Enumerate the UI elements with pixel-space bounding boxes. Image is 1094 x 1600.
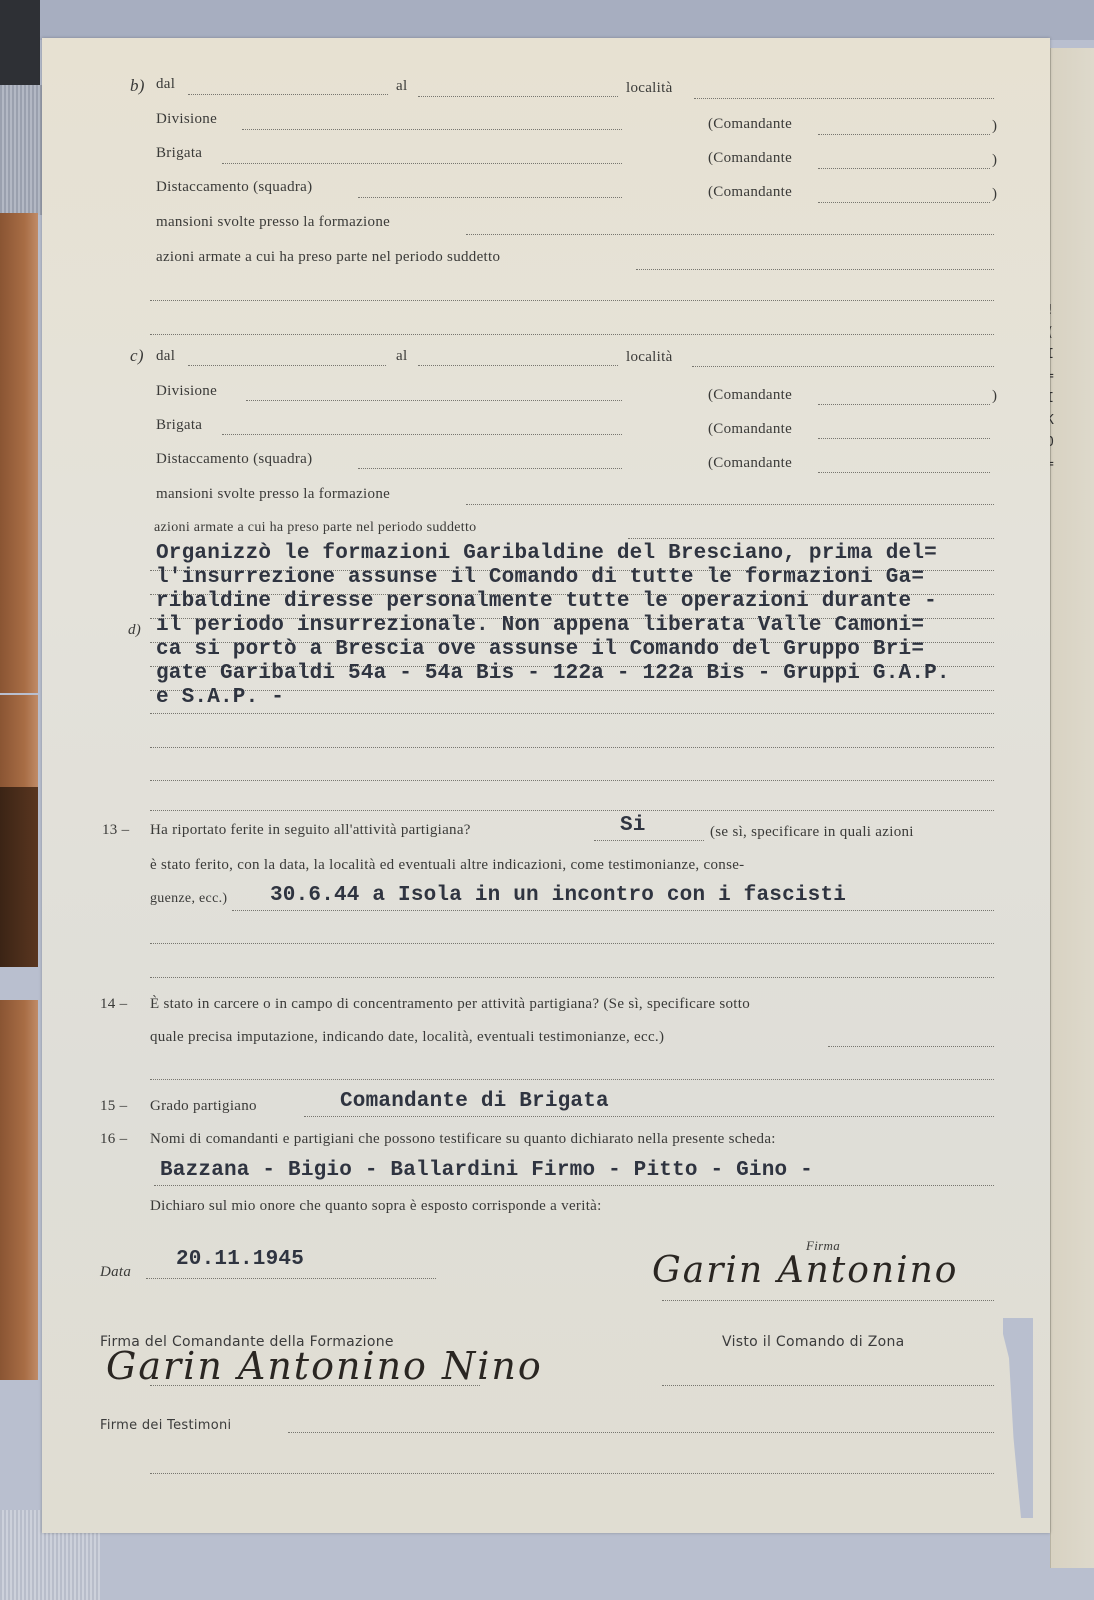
- section-b-localita-label: località: [626, 80, 673, 97]
- section-b-brigata-label: Brigata: [156, 145, 202, 162]
- section-b-brigata-field[interactable]: [222, 163, 622, 164]
- section-b-divisione-field[interactable]: [242, 129, 622, 130]
- date-field[interactable]: [146, 1278, 436, 1279]
- section-b-azioni-field[interactable]: [636, 269, 994, 270]
- section-c-azioni-label: azioni armate a cui ha preso parte nel p…: [154, 520, 476, 536]
- section-c-divisione-comandante-label: (Comandante: [708, 387, 792, 404]
- section-c-dal-field[interactable]: [188, 365, 386, 366]
- section-b-distaccamento-field[interactable]: [358, 197, 622, 198]
- section-c-al-label: al: [396, 348, 407, 365]
- close-paren: ): [992, 388, 997, 405]
- section-b-dal-field[interactable]: [188, 94, 388, 95]
- wooden-support: [0, 695, 38, 787]
- section-c-brigata-comandante-field[interactable]: [818, 438, 990, 439]
- section-c-brigata-label: Brigata: [156, 417, 202, 434]
- close-paren: ): [992, 186, 997, 203]
- section-b-azioni-label: azioni armate a cui ha preso parte nel p…: [156, 249, 500, 266]
- section-b-distaccamento-label: Distaccamento (squadra): [156, 179, 312, 196]
- section-c-mansioni-label: mansioni svolte presso la formazione: [156, 486, 390, 503]
- section-c-divisione-field[interactable]: [246, 400, 622, 401]
- q16-answer-field[interactable]: [154, 1185, 994, 1186]
- typed-line: l'insurrezione assunse il Comando di tut…: [156, 566, 924, 589]
- q14-question: È stato in carcere o in campo di concent…: [150, 996, 750, 1013]
- section-c-divisione-label: Divisione: [156, 383, 217, 400]
- q13-number: 13 –: [102, 822, 129, 839]
- signature-handwritten: Garin Antonino: [652, 1250, 958, 1291]
- section-b-dal-label: dal: [156, 76, 175, 93]
- wooden-support: [0, 213, 38, 693]
- q16-answer: Bazzana - Bigio - Ballardini Firmo - Pit…: [160, 1159, 813, 1182]
- wooden-support: [0, 1000, 38, 1380]
- q13-extra-line[interactable]: [150, 943, 994, 944]
- adjacent-page: [1050, 48, 1094, 1568]
- q13-answer: Si: [620, 814, 646, 837]
- section-c-azioni-field[interactable]: [628, 538, 994, 539]
- section-b-brigata-comandante-label: (Comandante: [708, 150, 792, 167]
- q13-detail: 30.6.44 a Isola in un incontro con i fas…: [270, 884, 846, 907]
- wooden-support-dark: [0, 877, 38, 967]
- q14-question: quale precisa imputazione, indicando dat…: [150, 1029, 664, 1046]
- close-paren: ): [992, 118, 997, 135]
- section-c-divisione-comandante-field[interactable]: [818, 404, 990, 405]
- section-c-localita-label: località: [626, 349, 673, 366]
- q13-question: Ha riportato ferite in seguito all'attiv…: [150, 822, 471, 839]
- section-c-distaccamento-field[interactable]: [358, 468, 622, 469]
- section-b-distaccamento-comandante-field[interactable]: [818, 202, 990, 203]
- zone-command-label: Visto il Comando di Zona: [722, 1334, 905, 1350]
- section-c-al-field[interactable]: [418, 365, 618, 366]
- typed-line: Organizzò le formazioni Garibaldine del …: [156, 542, 937, 565]
- section-b-divisione-comandante-field[interactable]: [818, 134, 990, 135]
- zone-command-field[interactable]: [662, 1385, 994, 1386]
- q13-note: (se sì, specificare in quali azioni: [710, 824, 914, 841]
- section-b-brigata-comandante-field[interactable]: [818, 168, 990, 169]
- q15-number: 15 –: [100, 1098, 127, 1115]
- ruled-line: [150, 713, 994, 714]
- q14-answer-field[interactable]: [828, 1046, 994, 1047]
- typed-line: ca si portò a Brescia ove assunse il Com…: [156, 638, 924, 661]
- signature-field[interactable]: [662, 1300, 994, 1301]
- q13-note: guenze, ecc.): [150, 891, 227, 907]
- witnesses-label: Firme dei Testimoni: [100, 1418, 231, 1433]
- ruled-line: [150, 810, 994, 811]
- backdrop-top: [0, 0, 1094, 40]
- date-value: 20.11.1945: [176, 1248, 304, 1271]
- section-c-brigata-comandante-label: (Comandante: [708, 421, 792, 438]
- section-b-al-label: al: [396, 78, 407, 95]
- section-c-localita-field[interactable]: [692, 366, 994, 367]
- q14-number: 14 –: [100, 996, 127, 1013]
- q16-label: Nomi di comandanti e partigiani che poss…: [150, 1131, 776, 1148]
- typed-line: ribaldine diresse personalmente tutte le…: [156, 590, 937, 613]
- section-c-mansioni-field[interactable]: [466, 504, 994, 505]
- section-b-divisione-label: Divisione: [156, 111, 217, 128]
- section-c-brigata-field[interactable]: [222, 434, 622, 435]
- binding-ribbon: [0, 85, 42, 215]
- section-b-marker: b): [130, 76, 145, 96]
- section-c-distaccamento-comandante-label: (Comandante: [708, 455, 792, 472]
- section-b-azioni-line[interactable]: [150, 334, 994, 335]
- form-page: b) dal al località Divisione (Comandante…: [42, 38, 1050, 1533]
- section-b-azioni-line[interactable]: [150, 300, 994, 301]
- backdrop-dark-corner: [0, 0, 40, 90]
- q13-answer-field[interactable]: [594, 840, 704, 841]
- declaration-text: Dichiaro sul mio onore che quanto sopra …: [150, 1198, 602, 1215]
- ruled-line: [150, 977, 994, 978]
- q16-number: 16 –: [100, 1131, 127, 1148]
- wooden-support-dark: [0, 787, 38, 877]
- q15-answer: Comandante di Brigata: [340, 1090, 609, 1113]
- ruled-line: [150, 780, 994, 781]
- q15-answer-field[interactable]: [304, 1116, 994, 1117]
- witnesses-field[interactable]: [288, 1432, 994, 1433]
- section-b-distaccamento-comandante-label: (Comandante: [708, 184, 792, 201]
- date-label: Data: [100, 1264, 131, 1281]
- section-b-localita-field[interactable]: [694, 98, 994, 99]
- q13-note: è stato ferito, con la data, la località…: [150, 857, 744, 874]
- witnesses-line[interactable]: [150, 1473, 994, 1474]
- commander-signature-handwritten: Garin Antonino Nino: [106, 1344, 543, 1388]
- typed-line: il periodo insurrezionale. Non appena li…: [156, 614, 924, 637]
- typed-line: gate Garibaldi 54a - 54a Bis - 122a - 12…: [156, 662, 950, 685]
- section-b-mansioni-field[interactable]: [466, 234, 994, 235]
- q15-label: Grado partigiano: [150, 1098, 257, 1115]
- section-b-divisione-comandante-label: (Comandante: [708, 116, 792, 133]
- section-c-distaccamento-comandante-field[interactable]: [818, 472, 990, 473]
- typed-line: e S.A.P. -: [156, 686, 284, 709]
- section-d-marker: d): [128, 622, 141, 639]
- q13-detail-field[interactable]: [232, 910, 994, 911]
- section-c-dal-label: dal: [156, 348, 175, 365]
- section-b-mansioni-label: mansioni svolte presso la formazione: [156, 214, 390, 231]
- q14-answer-line[interactable]: [150, 1079, 994, 1080]
- section-c-marker: c): [130, 346, 144, 366]
- section-b-al-field[interactable]: [418, 96, 618, 97]
- close-paren: ): [992, 152, 997, 169]
- section-c-distaccamento-label: Distaccamento (squadra): [156, 451, 312, 468]
- ruled-line: [150, 747, 994, 748]
